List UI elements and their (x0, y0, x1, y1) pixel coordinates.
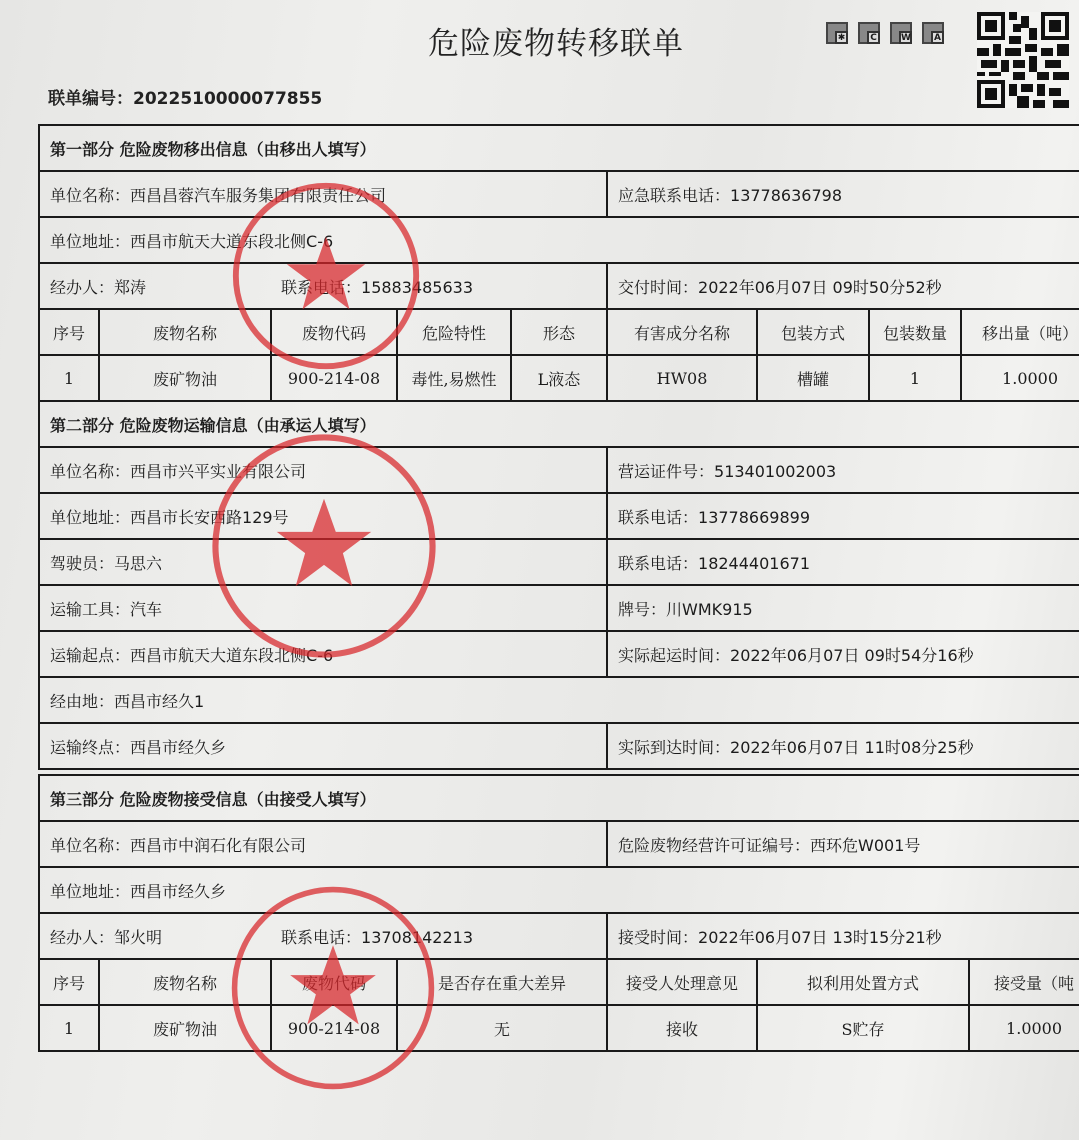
part3-unit-name: 单位名称：西昌市中润石化有限公司 (39, 821, 607, 867)
part3-receive-time: 接受时间：2022年06月07日 13时15分21秒 (607, 913, 1079, 959)
part2-unit-name: 单位名称：西昌市兴平实业有限公司 (39, 447, 607, 493)
part1-unit-name: 单位名称：西昌昌蓉汽车服务集团有限责任公司 (39, 171, 607, 217)
part1-contact-phone: 联系电话：15883485633 (271, 263, 607, 309)
part3-table-header: 序号废物名称废物代码是否存在重大差异接受人处理意见拟利用处置方式接受量（吨 (39, 959, 1079, 1005)
part2-vehicle: 运输工具：汽车 (39, 585, 607, 631)
w-icon: W (890, 22, 912, 44)
doc-number-label: 联单编号： (48, 89, 133, 109)
doc-number: 联单编号：2022510000077855 (48, 84, 322, 109)
part3-table: 第三部分 危险废物接受信息（由接受人填写） 单位名称：西昌市中润石化有限公司 危… (38, 774, 1079, 1052)
doc-number-value: 2022510000077855 (133, 89, 322, 109)
part3-section-title: 第三部分 危险废物接受信息（由接受人填写） (39, 775, 1079, 821)
part3-unit-address: 单位地址：西昌市经久乡 (39, 867, 1079, 913)
part1-delivery-time: 交付时间：2022年06月07日 09时50分52秒 (607, 263, 1079, 309)
part2-plate: 牌号：川WMK915 (607, 585, 1079, 631)
part2-table: 第二部分 危险废物运输信息（由承运人填写） 单位名称：西昌市兴平实业有限公司 营… (38, 400, 1079, 770)
document-title: 危险废物转移联单 (428, 18, 684, 63)
part3-contact-phone: 联系电话：13708142213 (271, 913, 607, 959)
part2-arrive-time: 实际到达时间：2022年06月07日 11时08分25秒 (607, 723, 1079, 769)
part1-handler: 经办人：郑涛 (39, 263, 271, 309)
part1-table-header: 序号废物名称废物代码危险特性形态有害成分名称包装方式包装数量移出量（吨） (39, 309, 1079, 355)
table-row: 1废矿物油900-214-08无接收S贮存1.0000 (39, 1005, 1079, 1051)
part1-section-title: 第一部分 危险废物移出信息（由移出人填写） (39, 125, 1079, 171)
part2-unit-address: 单位地址：西昌市长安西路129号 (39, 493, 607, 539)
a-icon: A (922, 22, 944, 44)
c-icon: C (858, 22, 880, 44)
part2-via: 经由地：西昌市经久1 (39, 677, 1079, 723)
part3-license: 危险废物经营许可证编号：西环危W001号 (607, 821, 1079, 867)
part2-phone2: 联系电话：18244401671 (607, 539, 1079, 585)
image-icon: ✱ (826, 22, 848, 44)
part3-handler: 经办人：邹火明 (39, 913, 271, 959)
part1-table: 第一部分 危险废物移出信息（由移出人填写） 单位名称：西昌昌蓉汽车服务集团有限责… (38, 124, 1079, 402)
part2-section-title: 第二部分 危险废物运输信息（由承运人填写） (39, 401, 1079, 447)
part1-emergency-phone: 应急联系电话：13778636798 (607, 171, 1079, 217)
part2-depart-time: 实际起运时间：2022年06月07日 09时54分16秒 (607, 631, 1079, 677)
part2-permit: 营运证件号：513401002003 (607, 447, 1079, 493)
qr-code (977, 12, 1069, 108)
table-row: 1废矿物油900-214-08毒性,易燃性L液态HW08槽罐11.0000 (39, 355, 1079, 401)
part2-destination: 运输终点：西昌市经久乡 (39, 723, 607, 769)
part2-driver: 驾驶员：马思六 (39, 539, 607, 585)
part2-phone1: 联系电话：13778669899 (607, 493, 1079, 539)
toolbar-icons: ✱ C W A (826, 22, 944, 44)
part2-origin: 运输起点：西昌市航天大道东段北侧C-6 (39, 631, 607, 677)
part1-unit-address: 单位地址：西昌市航天大道东段北侧C-6 (39, 217, 1079, 263)
